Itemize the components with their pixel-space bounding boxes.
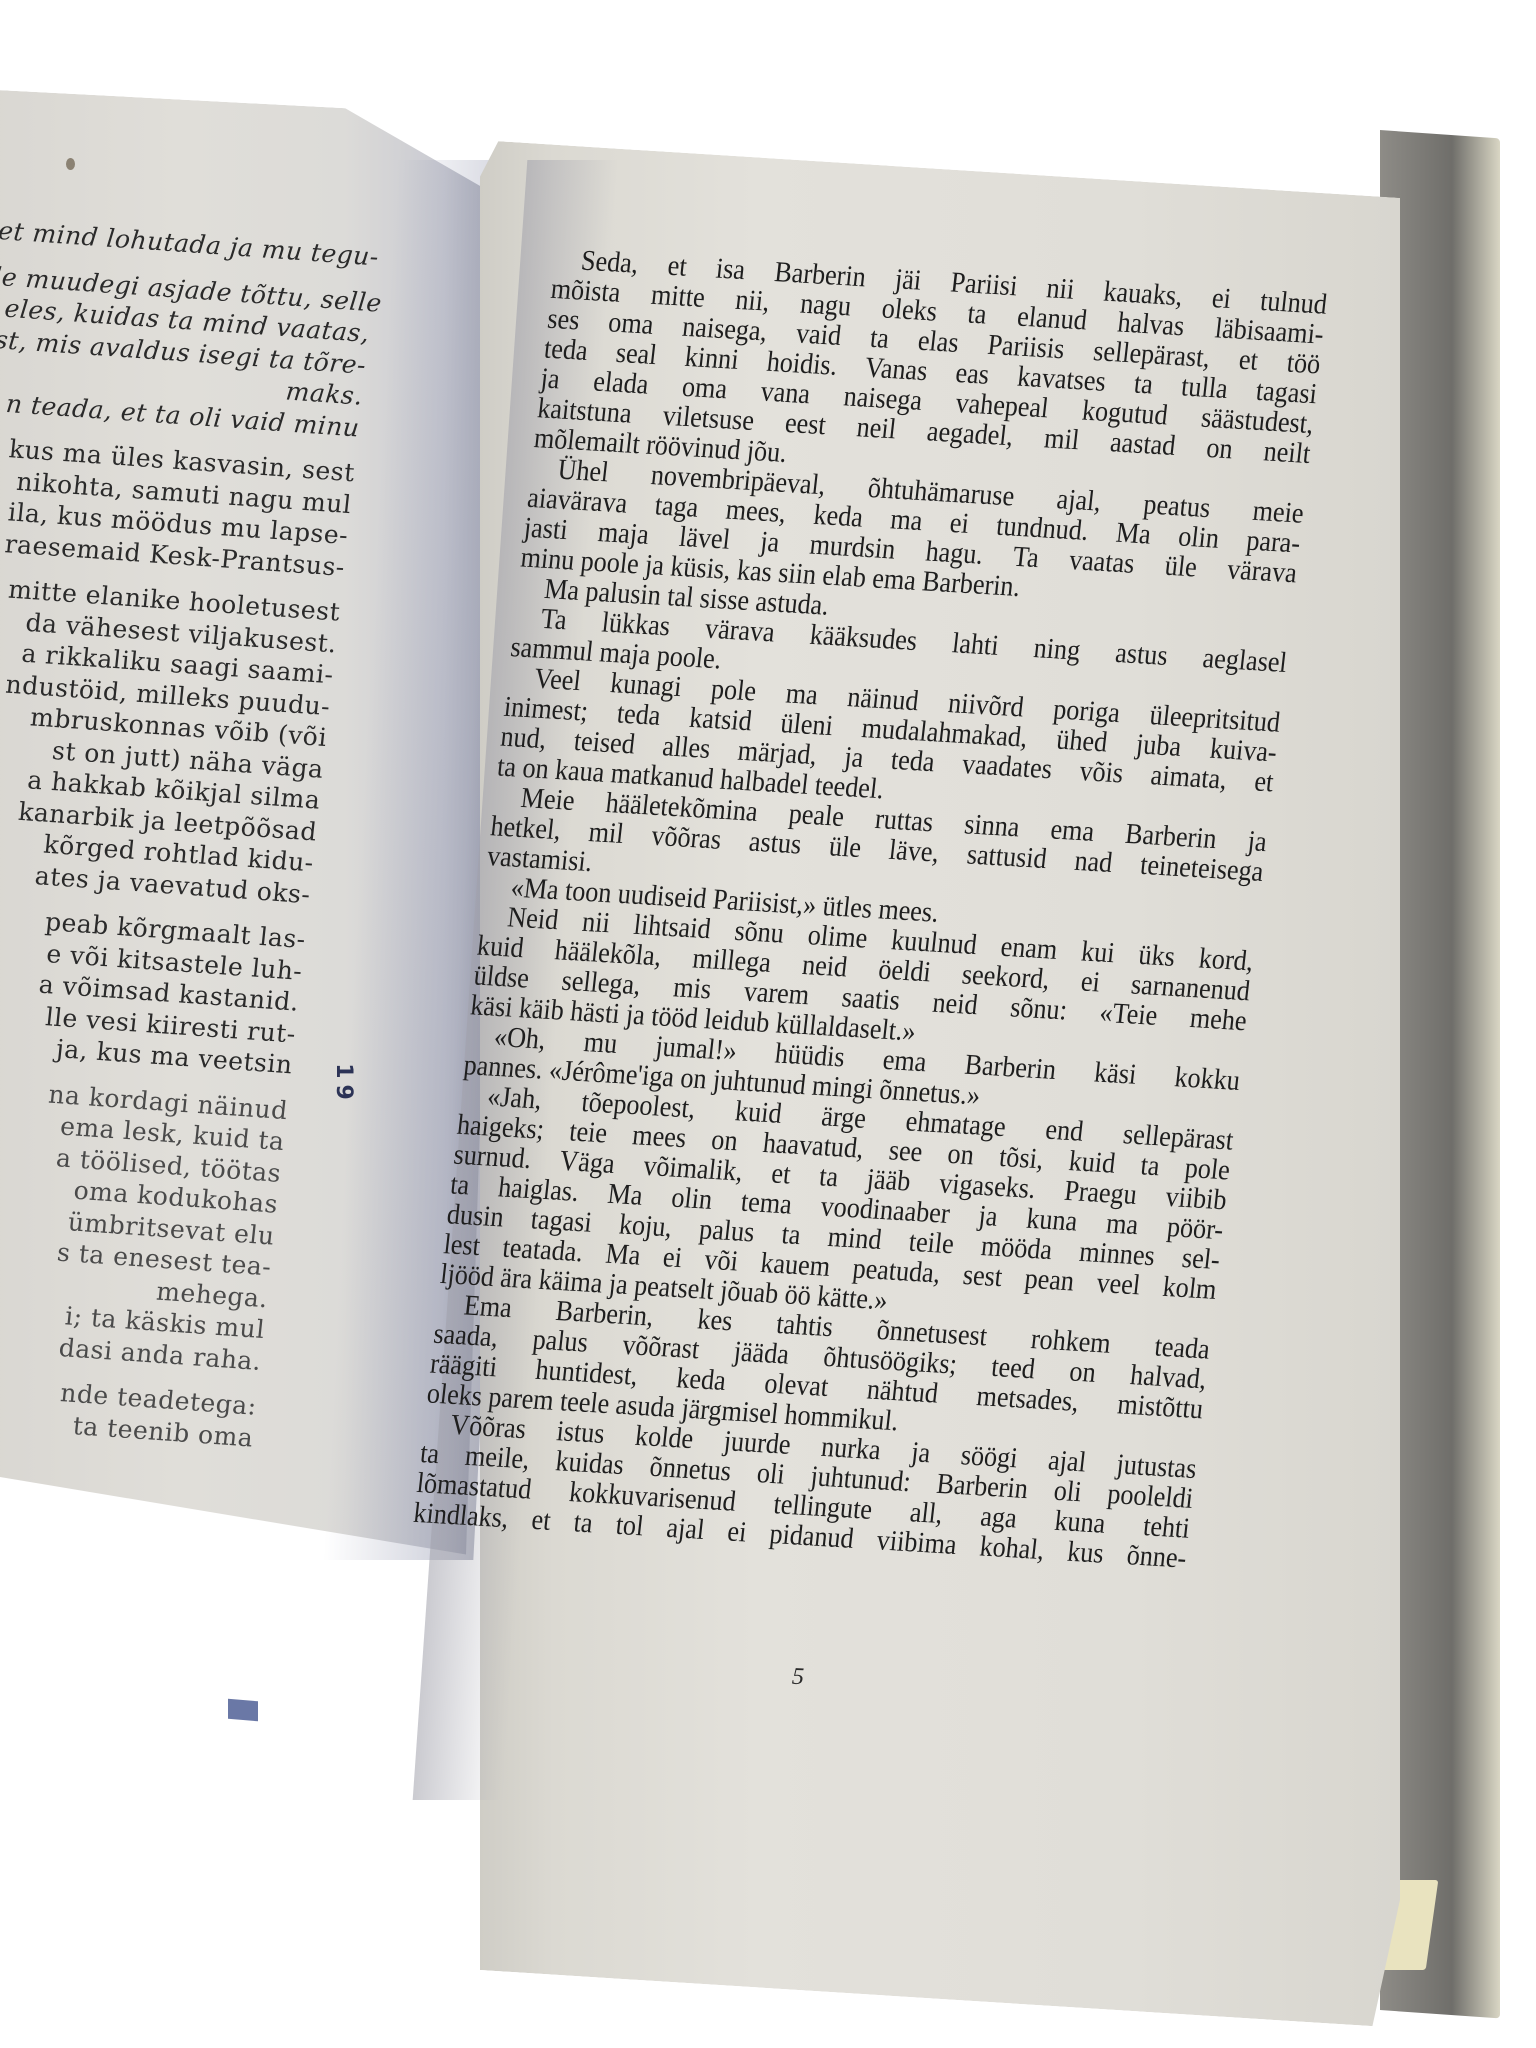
spine-binding — [228, 1699, 258, 1722]
page-number: 5 — [791, 1664, 804, 1692]
right-page-text: Seda, et isa Barberin jäi Pariisi nii ka… — [412, 244, 1329, 1574]
book-photo: et mind lohutada ja mu tegu-le muudegi a… — [0, 0, 1536, 2048]
signature-mark: 19 — [331, 1063, 356, 1106]
paper-stain — [66, 158, 75, 170]
